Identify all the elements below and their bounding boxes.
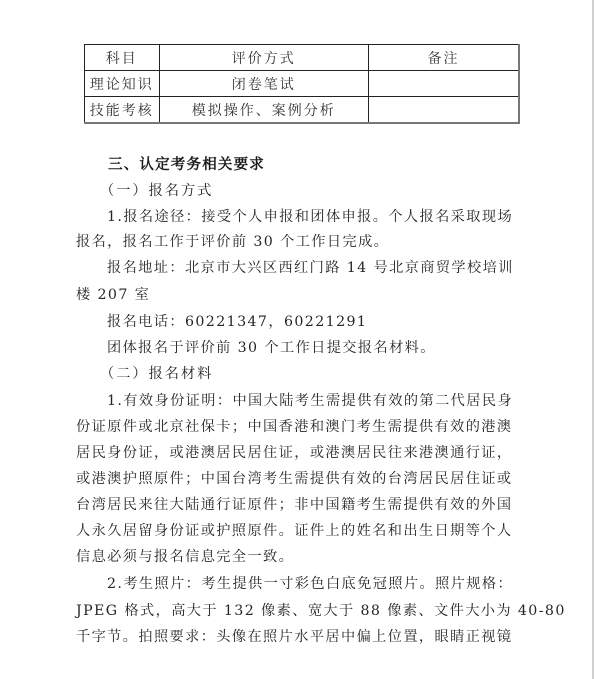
- header-subject: 科目: [85, 45, 160, 71]
- paragraph-line: 份证原件或北京社保卡；中国香港和澳门考生需提供有效的港澳: [76, 417, 526, 437]
- subsection-title-registration-materials: （二）报名材料: [100, 364, 213, 384]
- paragraph-line: 楼 207 室: [76, 285, 526, 305]
- header-method: 评价方式: [159, 45, 369, 71]
- paragraph-line: 或港澳护照原件；中国台湾考生需提供有效的台湾居民居住证或: [76, 469, 526, 489]
- cell-method: 模拟操作、案例分析: [159, 97, 369, 124]
- section-title: 三、认定考务相关要求: [108, 155, 265, 175]
- table-row: 理论知识 闭卷笔试: [85, 71, 520, 97]
- subsection-title-registration-method: （一）报名方式: [100, 181, 213, 201]
- paragraph-line: 2.考生照片：考生提供一寸彩色白底免冠照片。照片规格：: [107, 574, 557, 594]
- cell-method: 闭卷笔试: [159, 71, 369, 97]
- paragraph-line: 居民身份证，或港澳居民居住证，或港澳居民往来港澳通行证，: [76, 443, 526, 463]
- paragraph-line: 人永久居留身份证或护照原件。证件上的姓名和出生日期等个人: [76, 521, 526, 541]
- paragraph-line: 1.有效身份证明：中国大陆考生需提供有效的第二代居民身: [107, 391, 557, 411]
- paragraph-line: 报名，报名工作于评价前 30 个工作日完成。: [76, 232, 526, 252]
- cell-subject: 技能考核: [85, 97, 160, 124]
- table-row: 技能考核 模拟操作、案例分析: [85, 97, 520, 124]
- paragraph-line: 报名电话：60221347，60221291: [107, 312, 557, 332]
- table-header-row: 科目 评价方式 备注: [85, 45, 520, 71]
- paragraph-line: 千字节。拍照要求：头像在照片水平居中偏上位置，眼睛正视镜: [76, 627, 526, 647]
- paragraph-line: 信息必须与报名信息完全一致。: [76, 547, 526, 567]
- paragraph-line: 台湾居民来往大陆通行证原件；非中国籍考生需提供有效的外国: [76, 495, 526, 515]
- assessment-table: 科目 评价方式 备注 理论知识 闭卷笔试 技能考核 模拟操作、案例分析: [84, 44, 520, 124]
- header-notes: 备注: [369, 45, 519, 71]
- cell-notes: [369, 71, 519, 97]
- paragraph-line: 1.报名途径：接受个人申报和团体申报。个人报名采取现场: [107, 207, 557, 227]
- paragraph-line: JPEG 格式，高大于 132 像素、宽大于 88 像素、文件大小为 40-80: [76, 601, 526, 621]
- cell-subject: 理论知识: [85, 71, 160, 97]
- paragraph-line: 报名地址：北京市大兴区西红门路 14 号北京商贸学校培训: [107, 258, 557, 278]
- paragraph-line: 团体报名于评价前 30 个工作日提交报名材料。: [107, 338, 557, 358]
- cell-notes: [369, 97, 519, 124]
